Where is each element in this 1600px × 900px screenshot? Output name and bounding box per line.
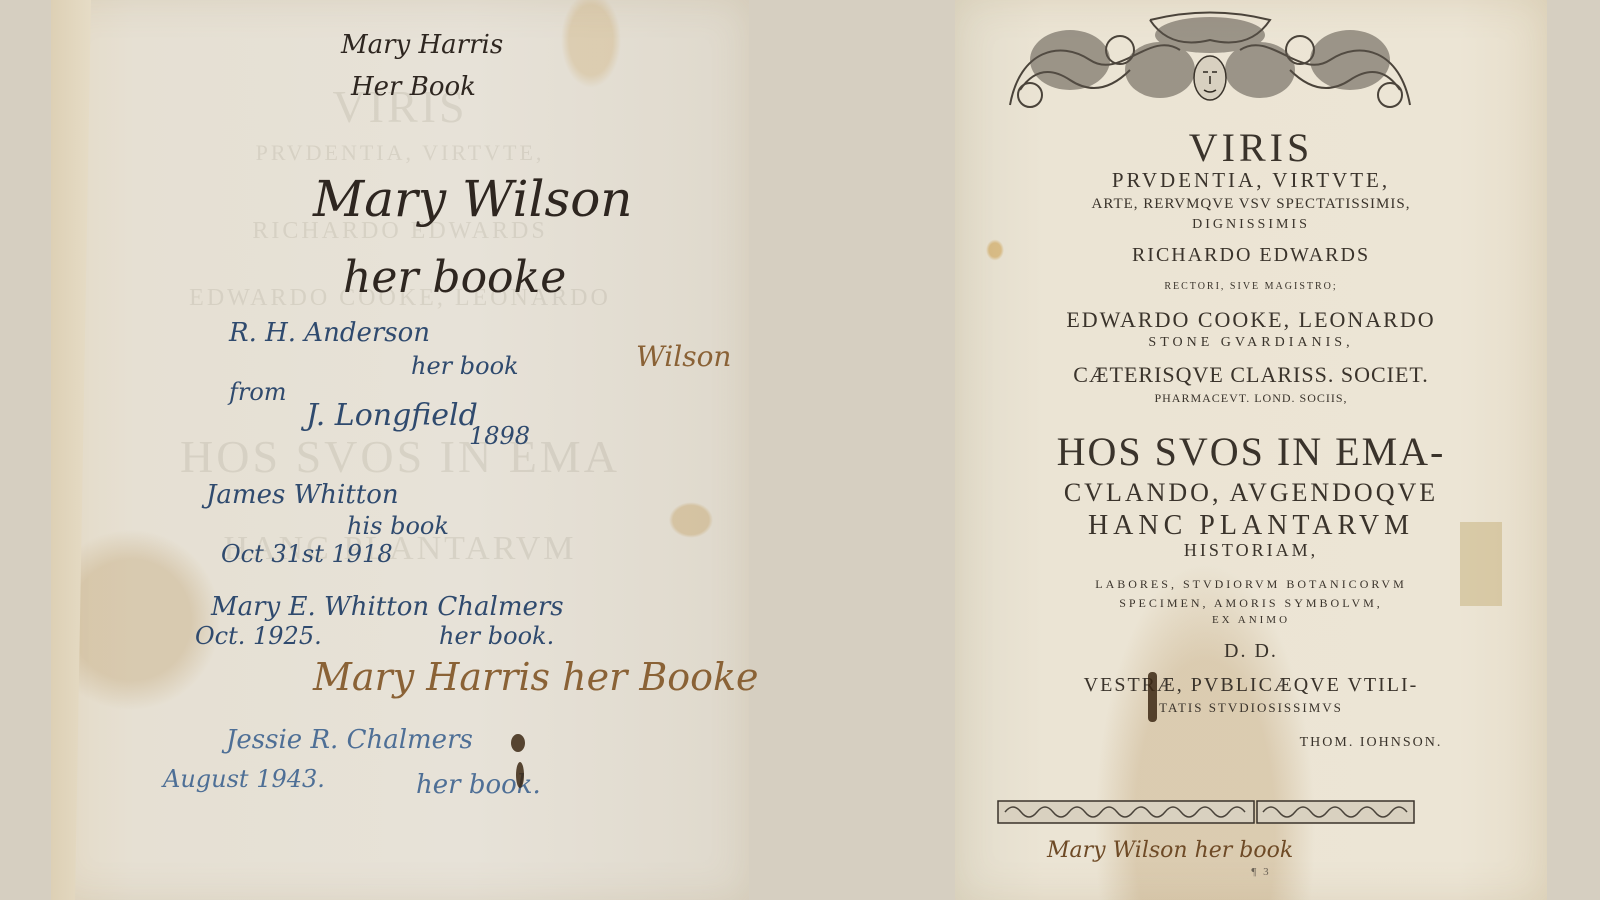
line-vestrae: VESTRÆ, PVBLICÆQVE VTILI- (955, 674, 1547, 697)
ink-stain (511, 734, 525, 752)
line-richardo-edwards: RICHARDO EDWARDS (955, 244, 1547, 267)
inscription-mary-wilson-book: her booke (343, 252, 566, 303)
ghost-print-text: PRVDENTIA, VIRTVTE, (51, 140, 749, 166)
inscription-mary-harris-book: Her Book (351, 72, 476, 102)
inscription-wilson-margin: Wilson (636, 340, 731, 373)
border-band-ornament-icon (997, 800, 1415, 824)
inscription-mary-harris: Mary Harris (341, 30, 503, 60)
ink-stain (1148, 672, 1157, 722)
line-ex-animo: EX ANIMO (955, 614, 1547, 626)
line-hanc-plantarum: HANC PLANTARVM (955, 510, 1547, 542)
inscription-mary-chalmers-date: Oct. 1925. (195, 622, 322, 650)
line-thom-iohnson: THOM. IOHNSON. (1075, 735, 1600, 751)
inscription-anderson: R. H. Anderson (229, 318, 430, 348)
inscription-anderson-book: her book (411, 352, 519, 380)
line-historiam: HISTORIAM, (955, 540, 1547, 561)
ink-stain (516, 762, 524, 788)
headpiece-ornament-icon (1000, 10, 1420, 115)
signature-mark: ¶ 3 (965, 866, 1557, 878)
line-hos-svos: HOS SVOS IN EMA- (955, 428, 1547, 475)
line-pharmaceut: PHARMACEVT. LOND. SOCIIS, (955, 391, 1547, 406)
inscription-jessie-chalmers-date: August 1943. (163, 765, 325, 793)
inscription-mary-harris-brown: Mary Harris her Booke (313, 655, 759, 699)
title-viris: VIRIS (955, 124, 1547, 171)
line-dd: D. D. (955, 640, 1547, 663)
inscription-james-whitton-date: Oct 31st 1918 (221, 540, 393, 568)
inscription-james-whitton-book: his book (347, 512, 449, 540)
inscription-mary-chalmers-book: her book. (439, 622, 554, 650)
line-stone: STONE GVARDIANIS, (955, 335, 1547, 351)
inscription-jessie-chalmers: Jessie R. Chalmers (226, 725, 473, 755)
line-dignissimis: DIGNISSIMIS (955, 217, 1547, 233)
inscription-anderson-from: from (229, 378, 287, 406)
inscription-mary-wilson-footer: Mary Wilson her book (1047, 838, 1293, 863)
line-culando: CVLANDO, AVGENDOQVE (955, 478, 1547, 508)
line-caeterisque: CÆTERISQVE CLARISS. SOCIET. (955, 362, 1547, 388)
left-page-flyleaf: VIRIS PRVDENTIA, VIRTVTE, RICHARDO EDWAR… (51, 0, 749, 900)
line-arte: ARTE, RERVMQVE VSV SPECTATISSIMIS, (955, 196, 1547, 213)
inscription-james-whitton: James Whitton (206, 480, 399, 510)
ghost-print-text: HOS SVOS IN EMA (51, 430, 749, 483)
inscription-longfield: J. Longfield (306, 398, 478, 433)
line-labores: LABORES, STVDIORVM BOTANICORVM (955, 577, 1547, 592)
inscription-mary-chalmers: Mary E. Whitton Chalmers (211, 592, 564, 622)
line-tatis: TATIS STVDIOSISSIMVS (955, 700, 1547, 716)
inscription-mary-wilson: Mary Wilson (313, 170, 633, 228)
right-page-dedication: VIRIS PRVDENTIA, VIRTVTE, ARTE, RERVMQVE… (955, 0, 1547, 900)
line-edwardo-cooke: EDWARDO COOKE, LEONARDO (955, 307, 1547, 333)
inscription-longfield-year: 1898 (469, 422, 530, 450)
line-specimen: SPECIMEN, AMORIS SYMBOLVM, (955, 596, 1547, 611)
line-rectori: RECTORI, SIVE MAGISTRO; (955, 281, 1547, 292)
tape-patch (1460, 522, 1502, 606)
line-prudentia: PRVDENTIA, VIRTVTE, (955, 168, 1547, 193)
